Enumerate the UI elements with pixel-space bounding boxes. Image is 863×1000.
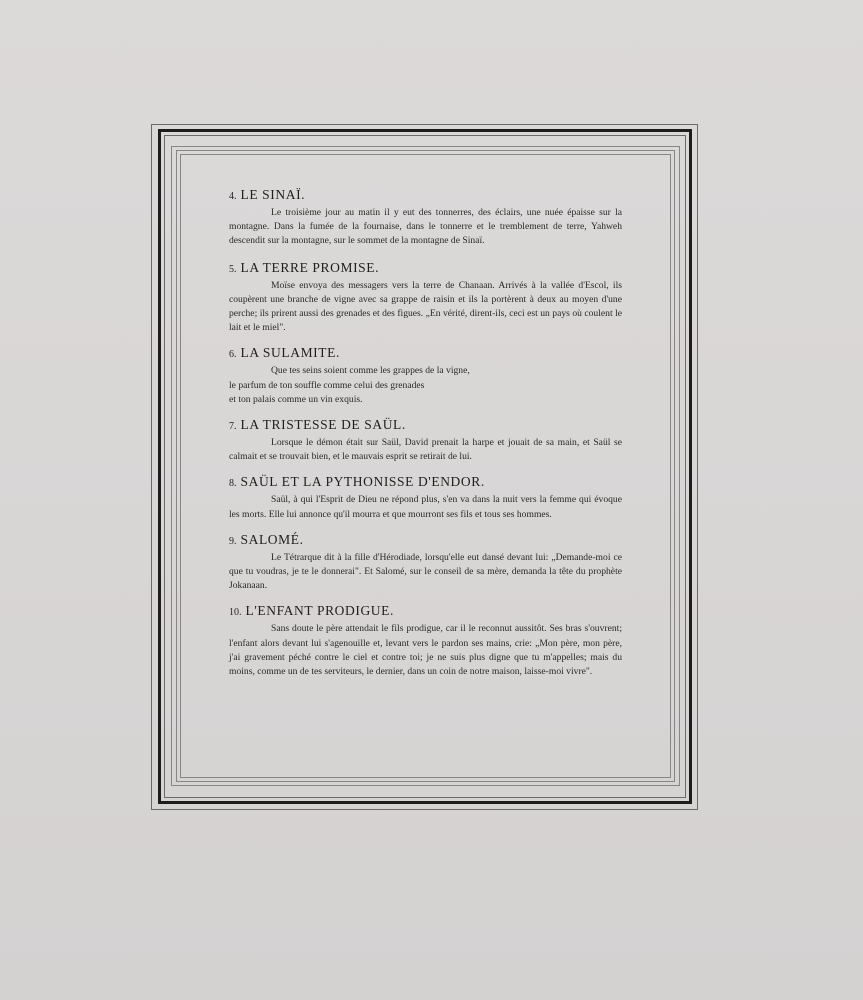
poem-line: et ton palais comme un vin exquis. <box>229 393 622 407</box>
section-number: 7. <box>229 421 237 432</box>
section-saul-et-la-pythonisse: 8.SAÜL ET LA PYTHONISSE D'ENDOR. Saül, à… <box>229 473 622 521</box>
section-la-terre-promise: 5.LA TERRE PROMISE. Moïse envoya des mes… <box>229 259 622 336</box>
section-heading: 6.LA SULAMITE. <box>229 344 622 364</box>
section-number: 10. <box>229 607 242 618</box>
section-text: Le troisième jour au matin il y eut des … <box>229 206 622 249</box>
section-text: Le Tétrarque dit à la fille d'Hérodiade,… <box>229 551 622 594</box>
section-la-tristesse-de-saul: 7.LA TRISTESSE DE SAÜL. Lorsque le démon… <box>229 416 622 464</box>
section-title: LA SULAMITE. <box>241 345 340 360</box>
document-body: 4.LE SINAÏ. Le troisième jour au matin i… <box>229 186 622 687</box>
section-title: L'ENFANT PRODIGUE. <box>246 603 394 618</box>
section-heading: 10.L'ENFANT PRODIGUE. <box>229 602 622 622</box>
poem-line: Que tes seins soient comme les grappes d… <box>229 364 622 378</box>
section-le-sinai: 4.LE SINAÏ. Le troisième jour au matin i… <box>229 186 622 249</box>
section-title: SAÜL ET LA PYTHONISSE D'ENDOR. <box>241 474 485 489</box>
section-title: LA TERRE PROMISE. <box>241 260 380 275</box>
section-number: 5. <box>229 264 237 275</box>
section-la-sulamite: 6.LA SULAMITE. Que tes seins soient comm… <box>229 344 622 407</box>
section-title: LA TRISTESSE DE SAÜL. <box>241 417 406 432</box>
section-salome: 9.SALOMÉ. Le Tétrarque dit à la fille d'… <box>229 531 622 594</box>
section-heading: 9.SALOMÉ. <box>229 531 622 551</box>
section-number: 6. <box>229 349 237 360</box>
section-text: Moïse envoya des messagers vers la terre… <box>229 279 622 336</box>
section-number: 9. <box>229 536 237 547</box>
section-number: 8. <box>229 478 237 489</box>
section-number: 4. <box>229 191 237 202</box>
section-heading: 5.LA TERRE PROMISE. <box>229 259 622 279</box>
section-heading: 7.LA TRISTESSE DE SAÜL. <box>229 416 622 436</box>
section-text: Sans doute le père attendait le fils pro… <box>229 622 622 679</box>
section-title: LE SINAÏ. <box>241 187 306 202</box>
section-text: Lorsque le démon était sur Saül, David p… <box>229 436 622 464</box>
section-heading: 8.SAÜL ET LA PYTHONISSE D'ENDOR. <box>229 473 622 493</box>
section-title: SALOMÉ. <box>241 532 304 547</box>
section-poem: Que tes seins soient comme les grappes d… <box>229 364 622 407</box>
section-heading: 4.LE SINAÏ. <box>229 186 622 206</box>
poem-line: le parfum de ton souffle comme celui des… <box>229 379 622 393</box>
section-text: Saül, à qui l'Esprit de Dieu ne répond p… <box>229 493 622 521</box>
section-l-enfant-prodigue: 10.L'ENFANT PRODIGUE. Sans doute le père… <box>229 602 622 679</box>
